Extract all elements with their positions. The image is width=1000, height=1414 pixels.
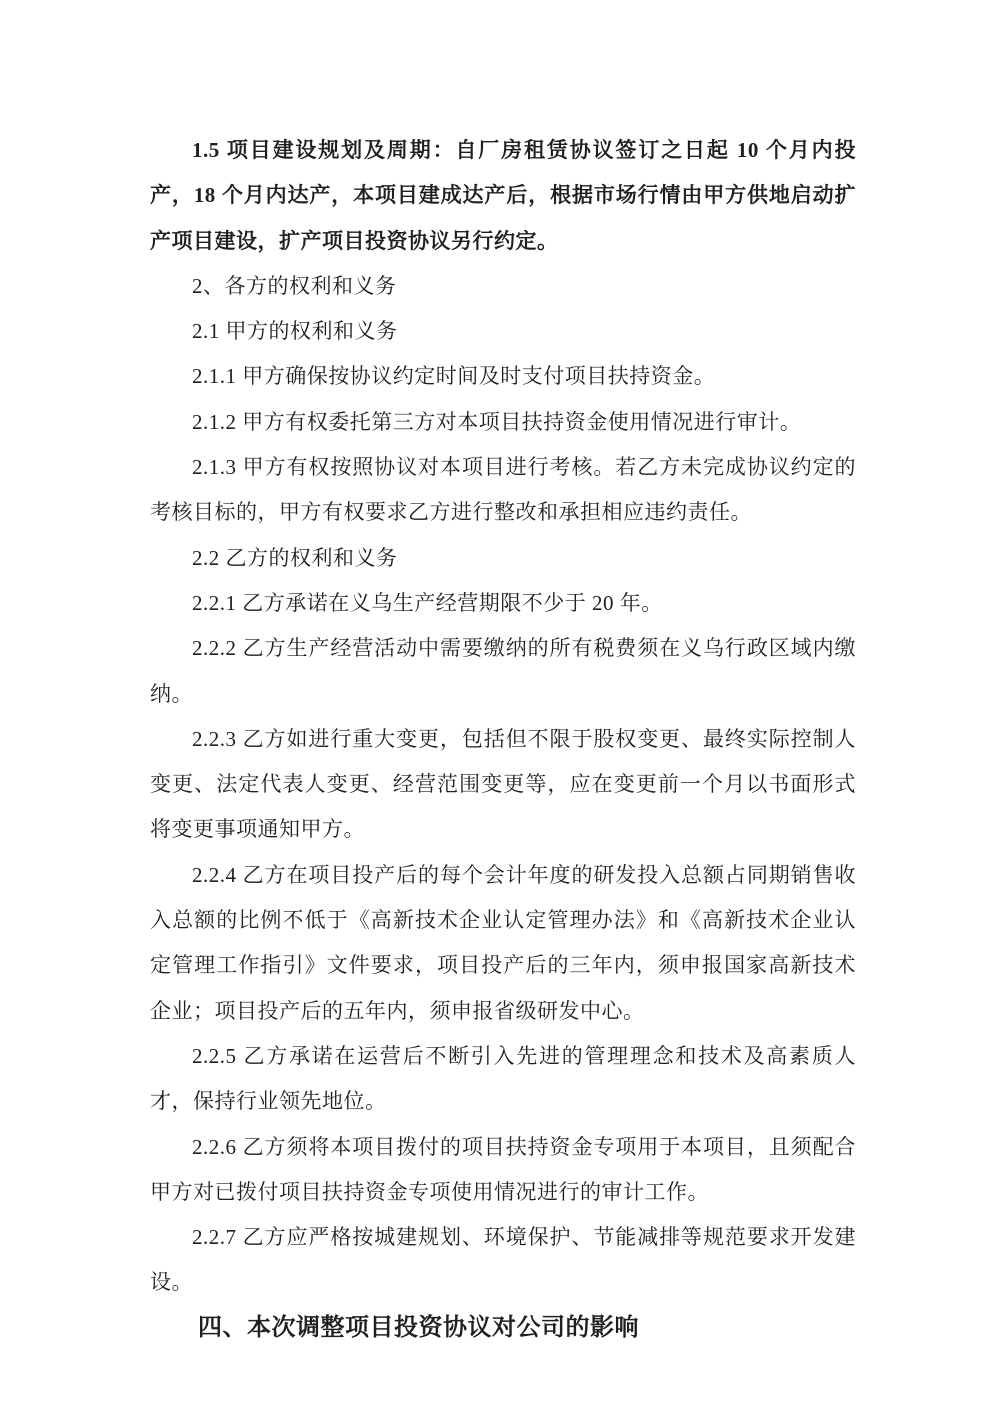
clause-2-2-1: 2.2.1 乙方承诺在义乌生产经营期限不少于 20 年。 xyxy=(150,581,856,626)
clause-1-5: 1.5 项目建设规划及周期：自厂房租赁协议签订之日起 10 个月内投产，18 个… xyxy=(150,128,856,264)
clause-2-2-6: 2.2.6 乙方须将本项目拨付的项目扶持资金专项用于本项目，且须配合甲方对已拨付… xyxy=(150,1125,856,1216)
clause-2-2: 2.2 乙方的权利和义务 xyxy=(150,536,856,581)
clause-2: 2、各方的权利和义务 xyxy=(150,264,856,309)
clause-2-2-7: 2.2.7 乙方应严格按城建规划、环境保护、节能减排等规范要求开发建设。 xyxy=(150,1215,856,1306)
section-heading-impact: 四、本次调整项目投资协议对公司的影响 xyxy=(150,1306,856,1351)
clause-2-1-1: 2.1.1 甲方确保按协议约定时间及时支付项目扶持资金。 xyxy=(150,354,856,399)
clause-2-2-5: 2.2.5 乙方承诺在运营后不断引入先进的管理理念和技术及高素质人才，保持行业领… xyxy=(150,1034,856,1125)
document-text-block: 1.5 项目建设规划及周期：自厂房租赁协议签订之日起 10 个月内投产，18 个… xyxy=(150,128,856,1351)
clause-2-2-2: 2.2.2 乙方生产经营活动中需要缴纳的所有税费须在义乌行政区域内缴纳。 xyxy=(150,626,856,717)
document-page: 1.5 项目建设规划及周期：自厂房租赁协议签订之日起 10 个月内投产，18 个… xyxy=(0,0,1000,1414)
clause-2-2-3: 2.2.3 乙方如进行重大变更，包括但不限于股权变更、最终实际控制人变更、法定代… xyxy=(150,717,856,853)
clause-2-1: 2.1 甲方的权利和义务 xyxy=(150,309,856,354)
clause-2-2-4: 2.2.4 乙方在项目投产后的每个会计年度的研发投入总额占同期销售收入总额的比例… xyxy=(150,853,856,1034)
clause-2-1-2: 2.1.2 甲方有权委托第三方对本项目扶持资金使用情况进行审计。 xyxy=(150,400,856,445)
clause-2-1-3: 2.1.3 甲方有权按照协议对本项目进行考核。若乙方未完成协议约定的考核目标的，… xyxy=(150,445,856,536)
